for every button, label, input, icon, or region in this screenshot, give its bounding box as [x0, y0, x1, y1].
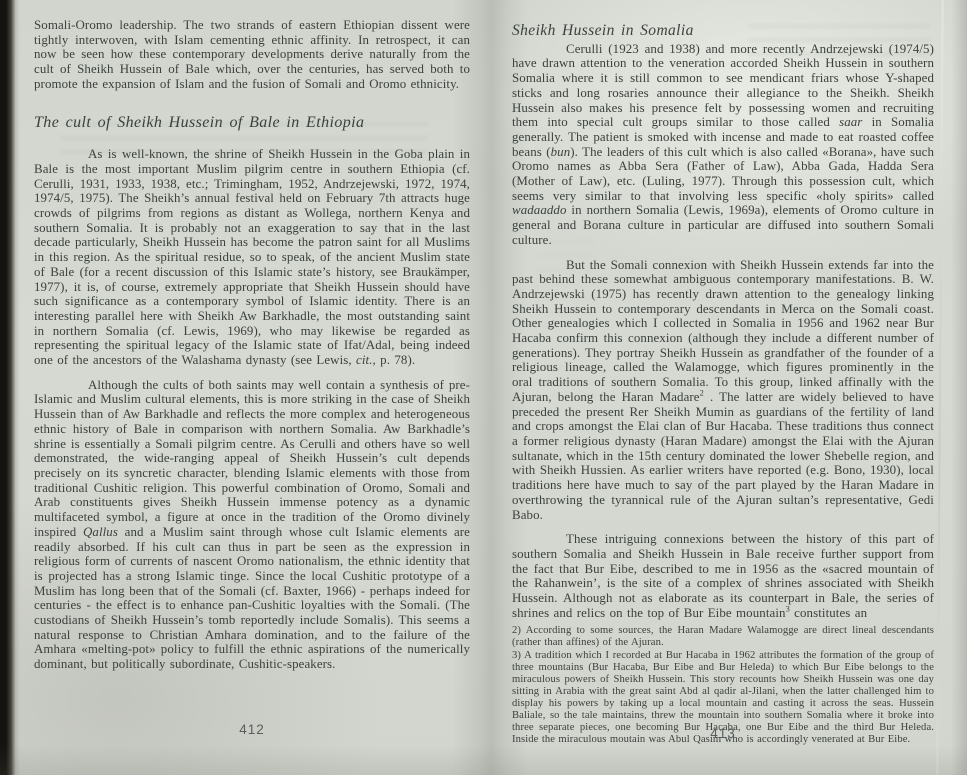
paragraph: These intriguing connexions between the …: [512, 532, 934, 620]
footnote: 2) According to some sources, the Haran …: [512, 625, 934, 649]
page-edge-bottom: [0, 745, 967, 775]
binding-edge: [0, 0, 20, 775]
paragraph: Cerulli (1923 and 1938) and more recentl…: [512, 42, 934, 248]
paragraph: But the Somali connexion with Sheikh Hus…: [512, 258, 934, 523]
right-page: Sheikh Hussein in Somalia Cerulli (1923 …: [512, 24, 934, 746]
book-spread: Somali-Oromo leadership. The two strands…: [0, 0, 967, 775]
right-page-heading: Sheikh Hussein in Somalia: [512, 24, 934, 39]
left-page: Somali-Oromo leadership. The two strands…: [34, 18, 470, 672]
page-number-right: 413: [512, 726, 934, 741]
page-edge-right: [951, 0, 967, 775]
paragraph: Although the cults of both saints may we…: [34, 378, 470, 672]
paragraph: Somali-Oromo leadership. The two strands…: [34, 18, 470, 92]
page-number-left: 412: [34, 722, 470, 737]
left-page-heading: The cult of Sheikh Hussein of Bale in Et…: [34, 116, 470, 131]
paragraph: As is well-known, the shrine of Sheikh H…: [34, 147, 470, 368]
page-crease: [936, 0, 943, 775]
